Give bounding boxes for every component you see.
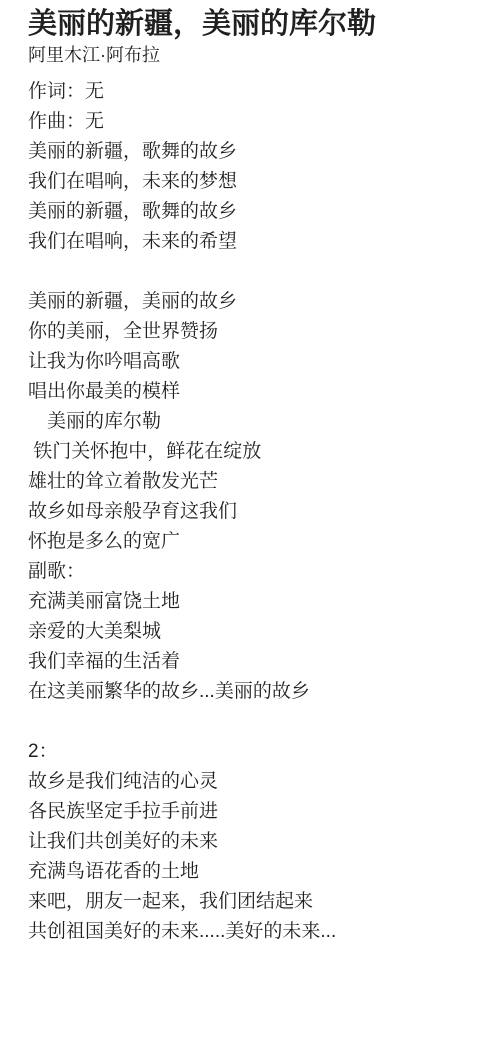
lyric-line: 充满鸟语花香的土地	[28, 857, 480, 887]
lyric-line: 怀抱是多么的宽广	[28, 527, 480, 557]
lyric-line: 让我为你吟唱高歌	[28, 347, 480, 377]
lyric-line: 在这美丽繁华的故乡...美丽的故乡	[28, 677, 480, 707]
lyric-line: 我们在唱响，未来的梦想	[28, 167, 480, 197]
lyric-line: 副歌：	[28, 557, 480, 587]
lyric-line: 让我们共创美好的未来	[28, 827, 480, 857]
lyric-line: 共创祖国美好的未来.....美好的未来...	[28, 917, 480, 947]
lyric-line: 唱出你最美的模样	[28, 377, 480, 407]
lyric-line: 铁门关怀抱中，鲜花在绽放	[28, 437, 480, 467]
lyric-line: 我们幸福的生活着	[28, 647, 480, 677]
lyric-line: 作词：无	[28, 77, 480, 107]
lyrics-container: 作词：无作曲：无美丽的新疆，歌舞的故乡我们在唱响，未来的梦想美丽的新疆，歌舞的故…	[28, 77, 480, 947]
lyric-line: 故乡如母亲般孕育这我们	[28, 497, 480, 527]
lyric-line: 故乡是我们纯洁的心灵	[28, 767, 480, 797]
lyric-line	[28, 707, 480, 737]
artist-name: 阿里木江·阿布拉	[28, 45, 480, 65]
lyric-line: 美丽的新疆，歌舞的故乡	[28, 137, 480, 167]
lyric-line: 作曲：无	[28, 107, 480, 137]
lyric-line: 各民族坚定手拉手前进	[28, 797, 480, 827]
lyric-line: 2：	[28, 737, 480, 767]
lyric-line	[28, 257, 480, 287]
lyric-line: 美丽的库尔勒	[28, 407, 480, 437]
lyric-line: 亲爱的大美梨城	[28, 617, 480, 647]
lyric-line: 美丽的新疆，歌舞的故乡	[28, 197, 480, 227]
lyric-line: 我们在唱响，未来的希望	[28, 227, 480, 257]
lyric-line: 来吧，朋友一起来，我们团结起来	[28, 887, 480, 917]
lyric-line: 充满美丽富饶土地	[28, 587, 480, 617]
lyric-line: 你的美丽，全世界赞扬	[28, 317, 480, 347]
lyric-line: 美丽的新疆，美丽的故乡	[28, 287, 480, 317]
lyric-line: 雄壮的耸立着散发光芒	[28, 467, 480, 497]
song-title: 美丽的新疆，美丽的库尔勒	[28, 6, 480, 42]
